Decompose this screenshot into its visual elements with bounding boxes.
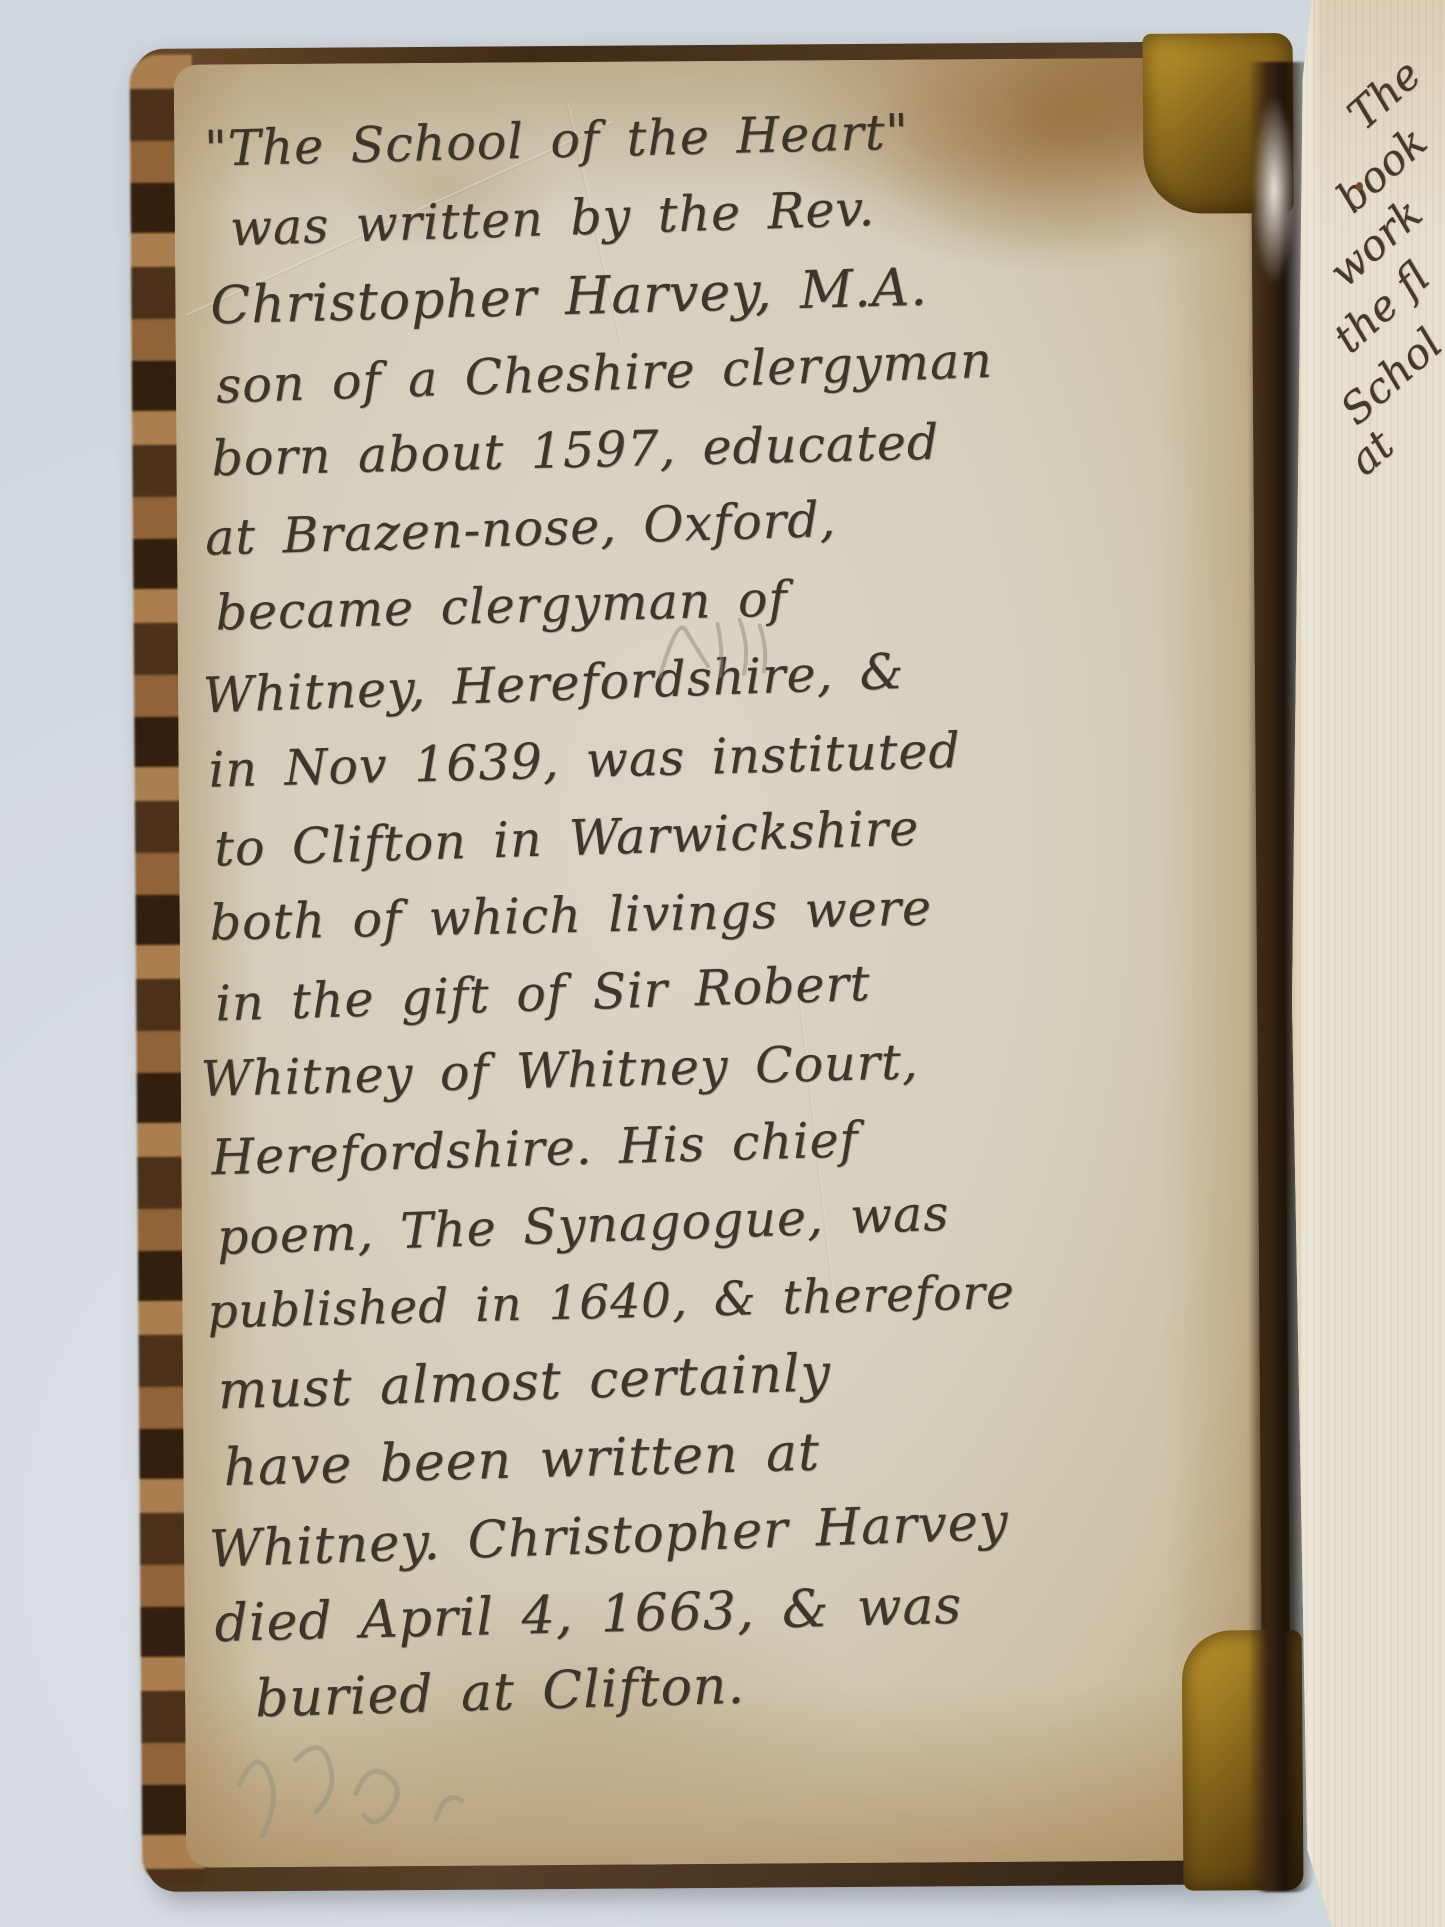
facing-page-text-fragment: at — [1339, 420, 1403, 484]
inscription-line: both of which livings were — [209, 883, 932, 947]
inscription-line: at Brazen-nose, Oxford, — [204, 495, 836, 563]
inscription-line: published in 1640, & therefore — [207, 1269, 1015, 1336]
inscription-line: Christopher Harvey, M.A. — [210, 262, 928, 333]
inscription-line: to Clifton in Warwickshire — [214, 804, 920, 874]
facing-page-text-fragment: The — [1338, 50, 1430, 140]
inscription-line: Whitney. Christopher Harvey — [208, 1497, 1009, 1576]
inscription-line: was written by the Rev. — [229, 184, 875, 253]
inscription-line: in the gift of Sir Robert — [215, 959, 872, 1029]
paper-fleck — [1356, 182, 1363, 191]
white-spine-lining — [1252, 95, 1296, 285]
facing-page-edge: The book work the fl Schol at — [1292, 0, 1445, 1927]
inscription-line: Whitney, Herefordshire, & — [202, 647, 905, 720]
left-board-leather: "The School of the Heart" was written by… — [134, 41, 1292, 1892]
inscription-line: "The School of the Heart" — [204, 107, 910, 173]
inscription-line: must almost certainly — [217, 1347, 831, 1417]
left-pastedown-page: "The School of the Heart" was written by… — [174, 57, 1264, 1867]
pencil-scribble — [647, 605, 798, 686]
inscription-line: poem, The Synagogue, was — [216, 1189, 950, 1262]
inscription-line: born about 1597, educated — [211, 418, 940, 483]
inscription-line: have been written at — [223, 1427, 821, 1495]
book-photograph: "The School of the Heart" was written by… — [0, 0, 1445, 1927]
inscription-line: son of a Cheshire clergyman — [215, 336, 993, 411]
inscription-line: in Nov 1639, was instituted — [208, 726, 961, 795]
pencil-scribble — [225, 1722, 586, 1868]
inscription-line: buried at Clifton. — [254, 1660, 745, 1726]
inscription-line: Herefordshire. His chief — [211, 1115, 860, 1182]
inscription-line: died April 4, 1663, & was — [214, 1580, 963, 1650]
